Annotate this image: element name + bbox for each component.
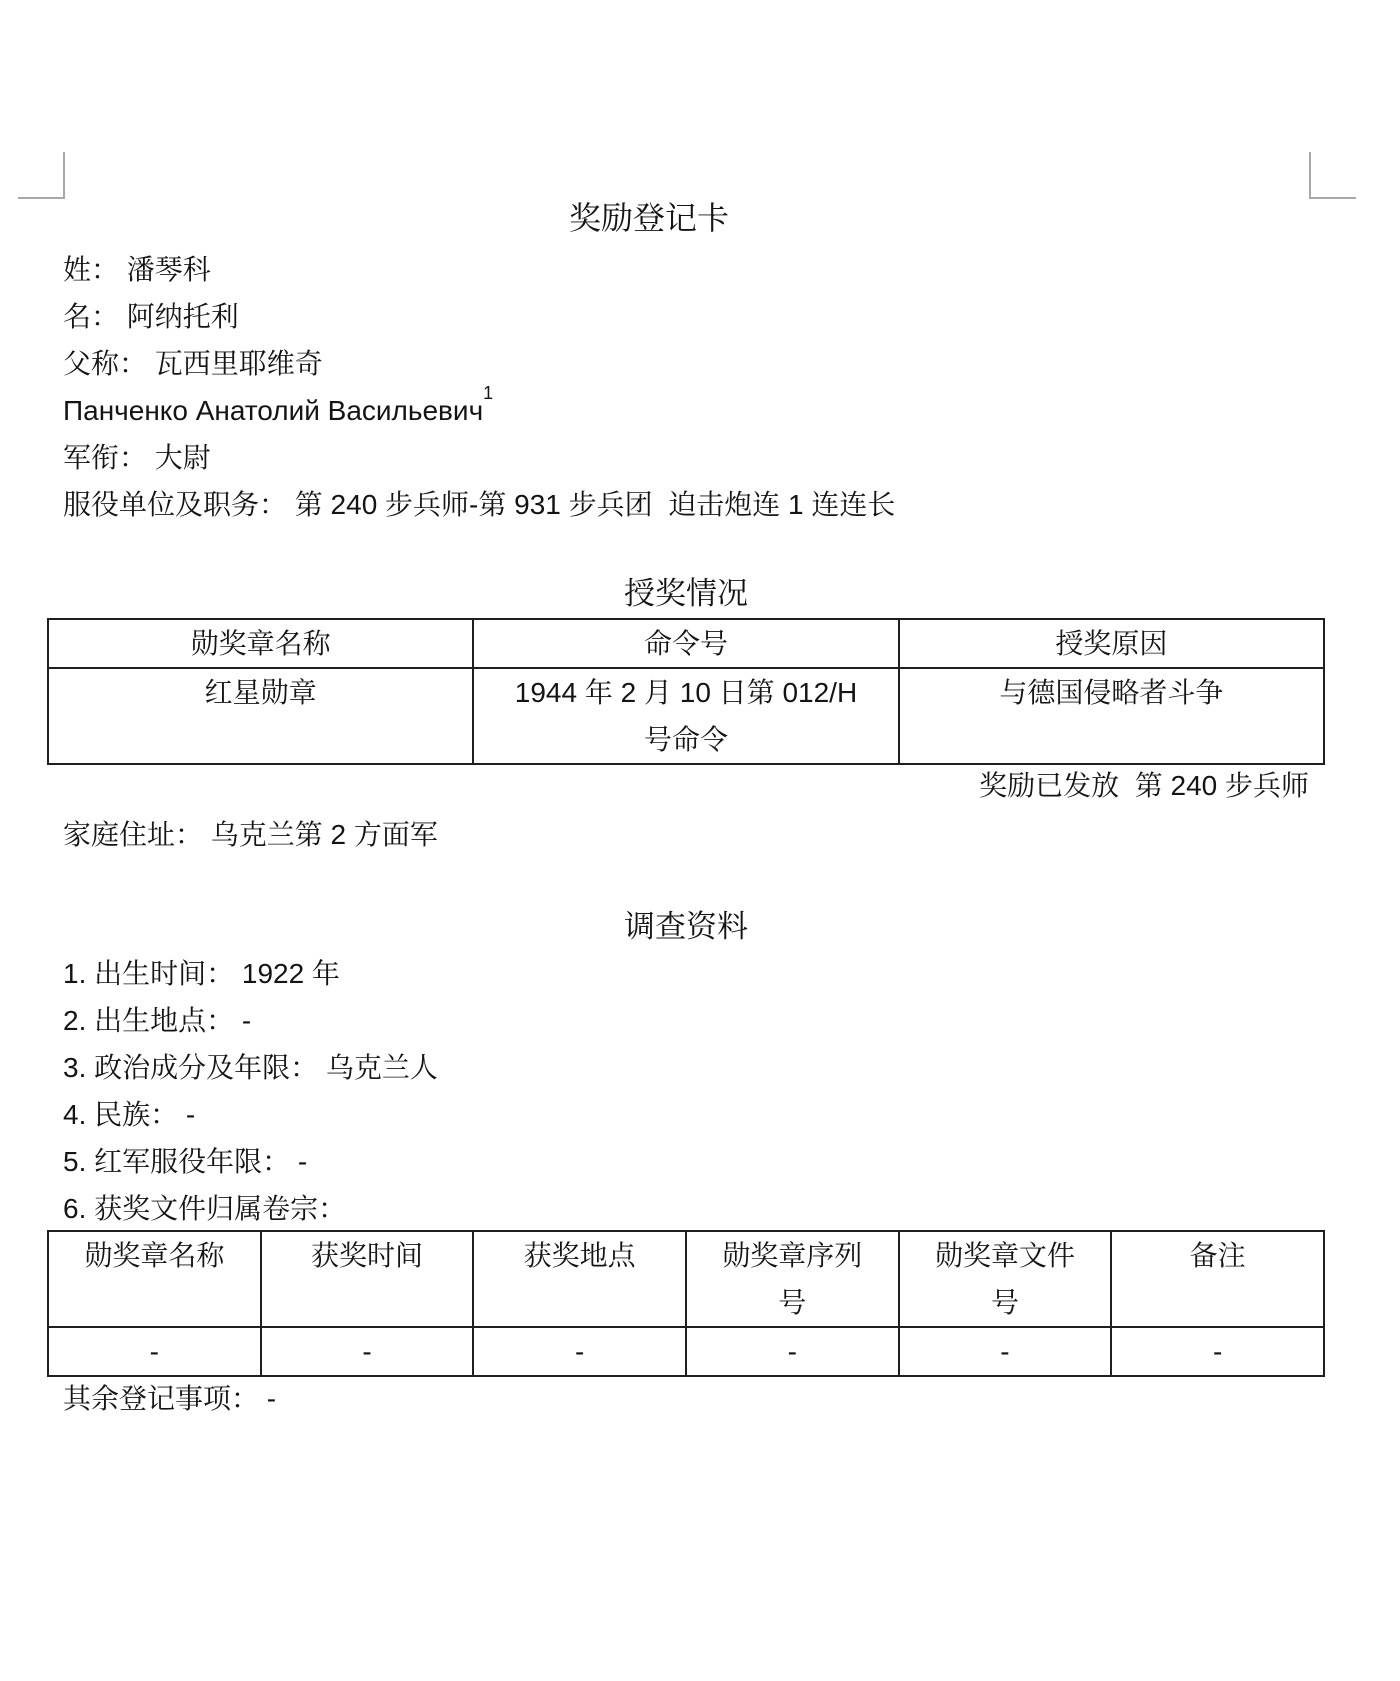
- award-table-header-row: 勋奖章名称命令号授奖原因: [48, 619, 1324, 668]
- service-line: 服役单位及职务： 第 240 步兵师-第 931 步兵团 迫击炮连 1 连连长: [63, 481, 1323, 528]
- russian-name: Панченко Анатолий Васильевич: [63, 395, 483, 426]
- survey-section-heading: 调查资料: [63, 903, 1309, 950]
- survey-item-birth-date: 1. 出生时间： 1922 年: [63, 950, 1323, 997]
- header-cell: 命令号: [473, 619, 898, 668]
- data-cell: -: [686, 1327, 899, 1376]
- rank-line: 军衔： 大尉: [63, 434, 1323, 481]
- data-cell: -: [261, 1327, 474, 1376]
- header-cell: 勋奖章名称: [48, 1231, 261, 1327]
- survey-item-politics: 3. 政治成分及年限： 乌克兰人: [63, 1044, 1323, 1091]
- header-cell: 授奖原因: [899, 619, 1324, 668]
- given-name-line: 名： 阿纳托利: [63, 293, 1323, 340]
- margin-crop-mark-top-right: [1309, 152, 1356, 199]
- header-cell: 获奖地点: [473, 1231, 686, 1327]
- page-title: 奖励登记卡: [0, 195, 1298, 242]
- header-cell: 勋奖章序列 号: [686, 1231, 899, 1327]
- award-issued-note: 奖励已发放 第 240 步兵师: [63, 762, 1309, 809]
- table-row: ------: [48, 1327, 1324, 1376]
- russian-name-line: Панченко Анатолий Васильевич1: [63, 387, 1323, 434]
- survey-item-dossier: 6. 获奖文件归属卷宗：: [63, 1185, 1323, 1232]
- survey-list: 1. 出生时间： 1922 年 2. 出生地点： - 3. 政治成分及年限： 乌…: [63, 950, 1323, 1232]
- table-row: 红星勋章1944 年 2 月 10 日第 012/H 号命令与德国侵略者斗争: [48, 668, 1324, 764]
- footnote-marker: 1: [483, 383, 493, 403]
- header-cell: 获奖时间: [261, 1231, 474, 1327]
- dossier-table: 勋奖章名称获奖时间获奖地点勋奖章序列 号勋奖章文件 号备注 ------: [47, 1230, 1325, 1377]
- header-cell: 勋奖章名称: [48, 619, 473, 668]
- data-cell: 与德国侵略者斗争: [899, 668, 1324, 764]
- home-address-line: 家庭住址： 乌克兰第 2 方面军: [63, 811, 438, 858]
- dossier-table-header-row: 勋奖章名称获奖时间获奖地点勋奖章序列 号勋奖章文件 号备注: [48, 1231, 1324, 1327]
- survey-item-ethnicity: 4. 民族： -: [63, 1091, 1323, 1138]
- identity-block: 姓： 潘琴科 名： 阿纳托利 父称： 瓦西里耶维奇 Панченко Анато…: [63, 246, 1323, 528]
- survey-item-birth-place: 2. 出生地点： -: [63, 997, 1323, 1044]
- data-cell: -: [1111, 1327, 1324, 1376]
- survey-item-service-years: 5. 红军服役年限： -: [63, 1138, 1323, 1185]
- data-cell: -: [899, 1327, 1112, 1376]
- data-cell: 红星勋章: [48, 668, 473, 764]
- header-cell: 勋奖章文件 号: [899, 1231, 1112, 1327]
- other-entries-line: 其余登记事项： -: [63, 1375, 276, 1422]
- data-cell: 1944 年 2 月 10 日第 012/H 号命令: [473, 668, 898, 764]
- surname-line: 姓： 潘琴科: [63, 246, 1323, 293]
- header-cell: 备注: [1111, 1231, 1324, 1327]
- awards-section-heading: 授奖情况: [63, 570, 1309, 617]
- data-cell: -: [473, 1327, 686, 1376]
- margin-crop-mark-top-left: [18, 152, 65, 199]
- award-table: 勋奖章名称命令号授奖原因 红星勋章1944 年 2 月 10 日第 012/H …: [47, 618, 1325, 765]
- patronymic-line: 父称： 瓦西里耶维奇: [63, 340, 1323, 387]
- data-cell: -: [48, 1327, 261, 1376]
